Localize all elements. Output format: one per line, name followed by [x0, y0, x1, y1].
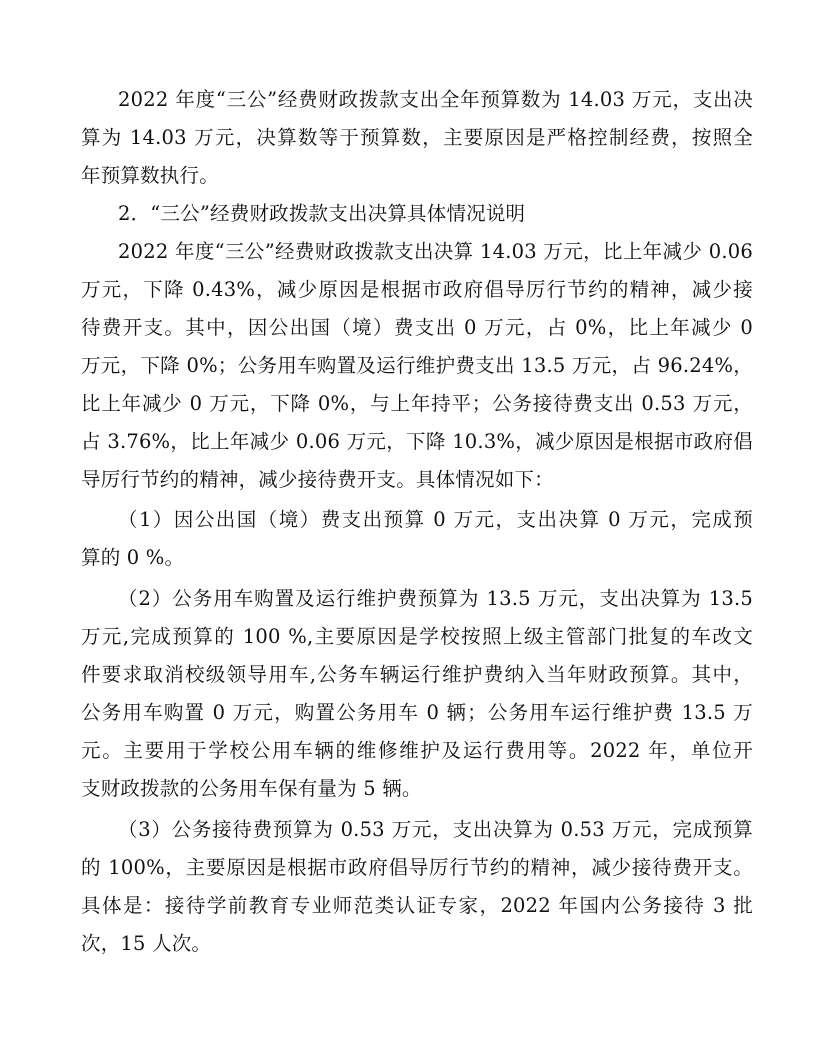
item-2-line-5: 元。主要用于学校公用车辆的维修维护及运行费用等。2022 年，单位开 [81, 736, 753, 766]
item-3-line-4: 次，15 人次。 [81, 929, 753, 959]
item-2-line-2: 万元,完成预算的 100 %,主要原因是学校按照上级主管部门批复的车改文 [81, 622, 753, 652]
paragraph-2-line-6: 占 3.76%，比上年减少 0.06 万元，下降 10.3%，减少原因是根据市政… [81, 427, 753, 457]
paragraph-2-line-3: 待费开支。其中，因公出国（境）费支出 0 万元，占 0%，比上年减少 0 [81, 313, 753, 343]
item-3-line-3: 具体是：接待学前教育专业师范类认证专家，2022 年国内公务接待 3 批 [81, 891, 753, 921]
item-2-line-6: 支财政拨款的公务用车保有量为 5 辆。 [81, 774, 753, 804]
item-2-line-1: （2）公务用车购置及运行维护费预算为 13.5 万元，支出决算为 13.5 [118, 584, 753, 614]
item-2-line-3: 件要求取消校级领导用车,公务车辆运行维护费纳入当年财政预算。其中， [81, 660, 753, 690]
paragraph-1-line-3: 年预算数执行。 [81, 161, 753, 191]
paragraph-1-line-2: 算为 14.03 万元，决算数等于预算数，主要原因是严格控制经费，按照全 [81, 123, 753, 153]
item-2-line-4: 公务用车购置 0 万元，购置公务用车 0 辆；公务用车运行维护费 13.5 万 [81, 698, 753, 728]
paragraph-2-line-7: 导厉行节约的精神，减少接待费开支。具体情况如下： [81, 465, 753, 495]
paragraph-2-line-2: 万元，下降 0.43%，减少原因是根据市政府倡导厉行节约的精神，减少接 [81, 275, 753, 305]
item-3-line-1: （3）公务接待费预算为 0.53 万元，支出决算为 0.53 万元，完成预算 [118, 815, 753, 845]
section-heading-2: 2．“三公”经费财政拨款支出决算具体情况说明 [118, 199, 753, 229]
document-page: 2022 年度“三公”经费财政拨款支出全年预算数为 14.03 万元，支出决 算… [0, 0, 816, 1056]
item-3-line-2: 的 100%，主要原因是根据市政府倡导厉行节约的精神，减少接待费开支。 [81, 853, 753, 883]
item-1-line-2: 算的 0 %。 [81, 543, 753, 573]
paragraph-2-line-4: 万元，下降 0%；公务用车购置及运行维护费支出 13.5 万元，占 96.24%… [81, 351, 753, 381]
item-1-line-1: （1）因公出国（境）费支出预算 0 万元，支出决算 0 万元，完成预 [118, 505, 753, 535]
paragraph-2-line-5: 比上年减少 0 万元，下降 0%，与上年持平；公务接待费支出 0.53 万元， [81, 389, 753, 419]
paragraph-1-line-1: 2022 年度“三公”经费财政拨款支出全年预算数为 14.03 万元，支出决 [118, 85, 753, 115]
paragraph-2-line-1: 2022 年度“三公”经费财政拨款支出决算 14.03 万元，比上年减少 0.0… [118, 237, 753, 267]
